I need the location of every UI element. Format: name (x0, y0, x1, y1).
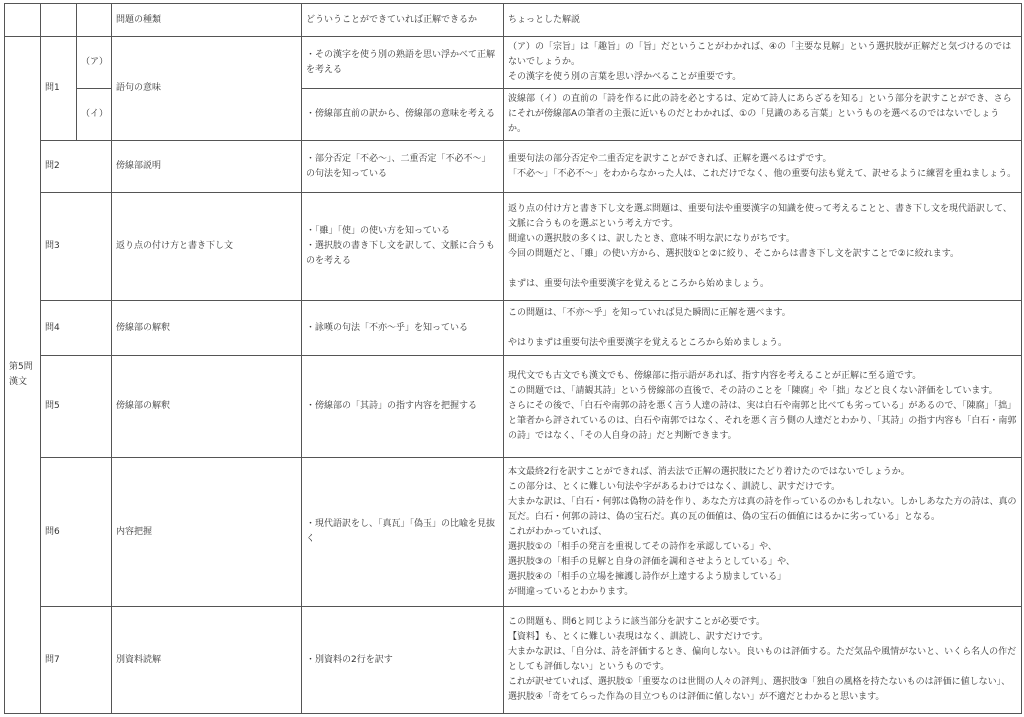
question-label-q5: 問5 (41, 356, 112, 458)
explanation-line: 間違いの選択肢の多くは、訳したとき、意味不明な訳になりがちです。 (508, 232, 1017, 247)
explanation-line: 選択肢①の「相手の発言を重視してその詩作を承認している」や、 (508, 540, 1017, 555)
section-number: 第5問 (9, 360, 36, 375)
table-row-q7: 問7 別資料読解 ・別資料の2行を訳す この問題も、問6と同じように該当部分を訳… (5, 607, 1022, 714)
explanation-q7: この問題も、問6と同じように該当部分を訳すことが必要です。 【資料】も、とくに難… (504, 607, 1022, 714)
skill-q1-b: ・傍線部直前の訳から、傍線部の意味を考える (302, 89, 504, 141)
table-row-q4: 問4 傍線部の解釈 ・詠嘆の句法「不亦～乎」を知っている この問題は、「不亦～乎… (5, 301, 1022, 356)
table-row-q2: 問2 傍線部説明 ・部分否定「不必～」、二重否定「不必不～」の句法を知っている … (5, 141, 1022, 193)
question-label-q7: 問7 (41, 607, 112, 714)
header-empty-1 (5, 4, 41, 37)
explanation-line: 大まかな訳は、「自分は、詩を評価するとき、偏向しない。良いものは評価する。ただ気… (508, 645, 1017, 675)
question-label-q1: 問1 (41, 37, 77, 141)
question-type-q7: 別資料読解 (112, 607, 302, 714)
skill-q2: ・部分否定「不必～」、二重否定「不必不～」の句法を知っている (302, 141, 504, 193)
explanation-line: これが訳せていれば、選択肢①「重要なのは世間の人々の評判」、選択肢③「独自の風格… (508, 675, 1017, 705)
explanation-line: 現代文でも古文でも漢文でも、傍線部に指示語があれば、指す内容を考えることが正解に… (508, 369, 1017, 384)
skill-q7: ・別資料の2行を訳す (302, 607, 504, 714)
section-cell: 第5問 漢文 (5, 37, 41, 714)
skill-line: ・選択肢の書き下し文を訳して、文脈に合うものを考える (306, 239, 499, 269)
explanation-q5: 現代文でも古文でも漢文でも、傍線部に指示語があれば、指す内容を考えることが正解に… (504, 356, 1022, 458)
question-type-q2: 傍線部説明 (112, 141, 302, 193)
header-empty-3 (77, 4, 112, 37)
header-empty-2 (41, 4, 77, 37)
skill-q5: ・傍線部の「其詩」の指す内容を把握する (302, 356, 504, 458)
explanation-line: 今回の問題だと、「雖」の使い方から、選択肢①と②に絞り、そこからは書き下し文を訳… (508, 247, 1017, 262)
table-row-q1-a: 第5問 漢文 問1 （ア） 語句の意味 ・その漢字を使う別の熟語を思い浮かべて正… (5, 37, 1022, 89)
explanation-line: （ア）の「宗旨」は「趣旨」の「旨」だということがわかれば、④の「主要な見解」とい… (508, 40, 1017, 70)
question-label-q2: 問2 (41, 141, 112, 193)
skill-q4: ・詠嘆の句法「不亦～乎」を知っている (302, 301, 504, 356)
question-label-q3: 問3 (41, 193, 112, 301)
explanation-q2: 重要句法の部分否定や二重否定を訳すことができれば、正解を選べるはずです。 「不必… (504, 141, 1022, 193)
table-row-q3: 問3 返り点の付け方と書き下し文 ・「雖」「使」の使い方を知っている ・選択肢の… (5, 193, 1022, 301)
explanation-line: 重要句法の部分否定や二重否定を訳すことができれば、正解を選べるはずです。 (508, 152, 1017, 167)
explanation-line: 波線部（イ）の直前の「詩を作るに此の詩を必とするは、定めて詩人にあらざるを知る」… (508, 92, 1017, 137)
explanation-line: が間違っているとわかります。 (508, 585, 1017, 600)
explanation-line: 選択肢③の「相手の見解と自身の評価を調和させようとしている」や、 (508, 555, 1017, 570)
explanation-q1-b: 波線部（イ）の直前の「詩を作るに此の詩を必とするは、定めて詩人にあらざるを知る」… (504, 89, 1022, 141)
skill-q3: ・「雖」「使」の使い方を知っている ・選択肢の書き下し文を訳して、文脈に合うもの… (302, 193, 504, 301)
skill-line: ・「雖」「使」の使い方を知っている (306, 224, 499, 239)
explanation-line (508, 321, 1017, 336)
exam-analysis-table: 問題の種類 どういうことができていれば正解できるか ちょっとした解説 第5問 漢… (4, 3, 1022, 714)
header-explanation: ちょっとした解説 (504, 4, 1022, 37)
explanation-line: その漢字を使う別の言葉を思い浮かべることが重要です。 (508, 70, 1017, 85)
explanation-line: 返り点の付け方と書き下し文を選ぶ問題は、重要句法や重要漢字の知識を使って考えるこ… (508, 202, 1017, 232)
question-type-q5: 傍線部の解釈 (112, 356, 302, 458)
sub-label-b: （イ） (77, 89, 112, 141)
question-label-q4: 問4 (41, 301, 112, 356)
explanation-line: 「不必～」「不必不～」をわからなかった人は、これだけでなく、他の重要句法も覚えて… (508, 167, 1017, 182)
section-subject: 漢文 (9, 375, 36, 390)
table-row-q5: 問5 傍線部の解釈 ・傍線部の「其詩」の指す内容を把握する 現代文でも古文でも漢… (5, 356, 1022, 458)
explanation-line: この問題は、「不亦～乎」を知っていれば見た瞬間に正解を選べます。 (508, 306, 1017, 321)
explanation-line: 大まかな訳は、「白石・何郭は偽物の詩を作り、あなた方は真の詩を作っているのかもし… (508, 495, 1017, 525)
table-row-q6: 問6 内容把握 ・現代語訳をし、「真瓦」「偽玉」の比喩を見抜く 本文最終2行を訳… (5, 458, 1022, 607)
header-question-type: 問題の種類 (112, 4, 302, 37)
explanation-line: この問題では、「請観其詩」という傍線部の直後で、その詩のことを「陳腐」や「拙」な… (508, 384, 1017, 399)
explanation-line (508, 262, 1017, 277)
question-type-q6: 内容把握 (112, 458, 302, 607)
explanation-q1-a: （ア）の「宗旨」は「趣旨」の「旨」だということがわかれば、④の「主要な見解」とい… (504, 37, 1022, 89)
explanation-q6: 本文最終2行を訳すことができれば、消去法で正解の選択肢にたどり着けたのではないで… (504, 458, 1022, 607)
explanation-line: これがわかっていれば、 (508, 525, 1017, 540)
explanation-line: まずは、重要句法や重要漢字を覚えるところから始めましょう。 (508, 277, 1017, 292)
skill-q1-a: ・その漢字を使う別の熟語を思い浮かべて正解を考える (302, 37, 504, 89)
explanation-line: この問題も、問6と同じように該当部分を訳すことが必要です。 (508, 615, 1017, 630)
question-type-q4: 傍線部の解釈 (112, 301, 302, 356)
header-row: 問題の種類 どういうことができていれば正解できるか ちょっとした解説 (5, 4, 1022, 37)
explanation-line: さらにその後で、「白石や南郭の詩を悪く言う人達の詩は、実は白石や南郭と比べても劣… (508, 399, 1017, 444)
explanation-line: やはりまずは重要句法や重要漢字を覚えるところから始めましょう。 (508, 336, 1017, 351)
explanation-line: この部分は、とくに難しい句法や字があるわけではなく、訓読し、訳すだけです。 (508, 480, 1017, 495)
explanation-q3: 返り点の付け方と書き下し文を選ぶ問題は、重要句法や重要漢字の知識を使って考えるこ… (504, 193, 1022, 301)
header-required-skill: どういうことができていれば正解できるか (302, 4, 504, 37)
skill-q6: ・現代語訳をし、「真瓦」「偽玉」の比喩を見抜く (302, 458, 504, 607)
question-type-q3: 返り点の付け方と書き下し文 (112, 193, 302, 301)
explanation-line: 【資料】も、とくに難しい表現はなく、訓読し、訳すだけです。 (508, 630, 1017, 645)
explanation-q4: この問題は、「不亦～乎」を知っていれば見た瞬間に正解を選べます。 やはりまずは重… (504, 301, 1022, 356)
question-label-q6: 問6 (41, 458, 112, 607)
sub-label-a: （ア） (77, 37, 112, 89)
explanation-line: 本文最終2行を訳すことができれば、消去法で正解の選択肢にたどり着けたのではないで… (508, 465, 1017, 480)
question-type-q1: 語句の意味 (112, 37, 302, 141)
explanation-line: 選択肢④の「相手の立場を擁護し詩作が上達するよう励ましている」 (508, 570, 1017, 585)
